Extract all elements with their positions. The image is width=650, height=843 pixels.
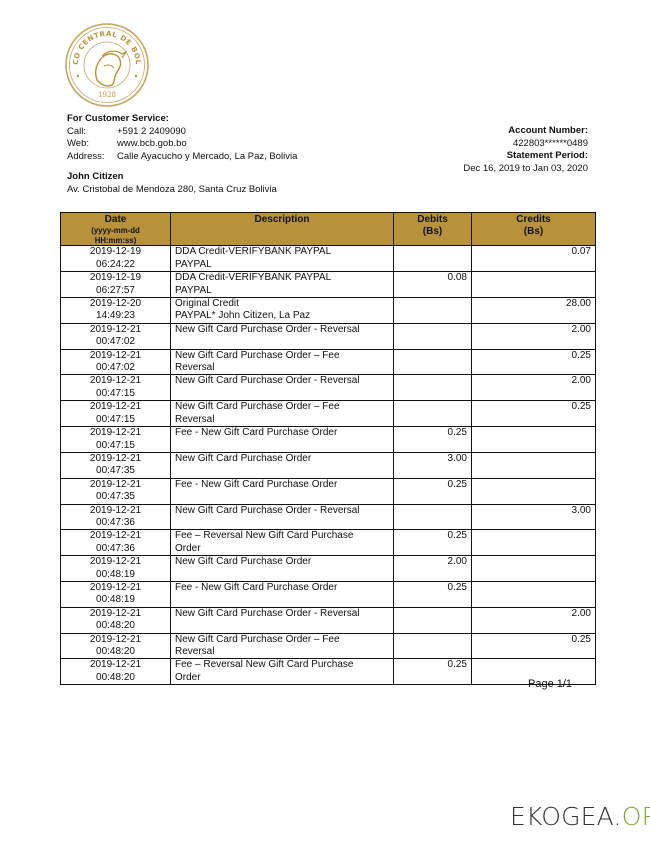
- cell-date-time: 00:47:35: [96, 491, 135, 502]
- customer-service-title: For Customer Service:: [67, 113, 297, 126]
- cell-credit: 0.25: [472, 349, 596, 375]
- cell-date-date: 2019-12-21: [90, 608, 141, 619]
- cell-date-time: 00:47:36: [96, 517, 135, 528]
- table-row: 2019-12-2100:48:20New Gift Card Purchase…: [61, 633, 596, 659]
- header-credits-unit: (Bs): [524, 226, 543, 237]
- cell-description-desc2: Order: [175, 672, 201, 683]
- cell-date: 2019-12-2100:47:15: [61, 427, 171, 453]
- customer-service-address: Address: Calle Ayacucho y Mercado, La Pa…: [67, 151, 297, 164]
- cell-debit-debit: 0.25: [448, 582, 467, 593]
- header-debits-unit: (Bs): [423, 226, 442, 237]
- cell-description-desc1: DDA Credit-VERIFYBANK PAYPAL: [175, 246, 331, 257]
- cell-date-date: 2019-12-21: [90, 479, 141, 490]
- web-label: Web:: [67, 138, 117, 151]
- cell-date-date: 2019-12-21: [90, 530, 141, 541]
- cell-date-time: 00:48:20: [96, 620, 135, 631]
- cell-date: 2019-12-2100:47:02: [61, 349, 171, 375]
- cell-debit: [394, 323, 472, 349]
- header-credits-label: Credits: [516, 214, 550, 225]
- table-row: 2019-12-2100:47:15New Gift Card Purchase…: [61, 401, 596, 427]
- cell-credit-credit: 0.25: [572, 401, 591, 412]
- table-row: 2019-12-2100:47:36Fee – Reversal New Gif…: [61, 530, 596, 556]
- cell-date-time: 00:47:15: [96, 414, 135, 425]
- cell-date-time: 06:24:22: [96, 259, 135, 270]
- customer-service-block: For Customer Service: Call: +591 2 24090…: [67, 113, 297, 163]
- cell-debit: 0.08: [394, 272, 472, 298]
- table-row: 2019-12-2100:47:02New Gift Card Purchase…: [61, 323, 596, 349]
- cell-debit: [394, 375, 472, 401]
- cell-date-date: 2019-12-19: [90, 272, 141, 283]
- cell-description: New Gift Card Purchase Order – FeeRevers…: [171, 349, 394, 375]
- cell-date-date: 2019-12-20: [90, 298, 141, 309]
- table-row: 2019-12-2100:47:36New Gift Card Purchase…: [61, 504, 596, 530]
- cell-date: 2019-12-1906:27:57: [61, 272, 171, 298]
- cell-credit: 3.00: [472, 504, 596, 530]
- cell-credit: [472, 556, 596, 582]
- cell-description: Fee – Reversal New Gift Card PurchaseOrd…: [171, 530, 394, 556]
- cell-date-date: 2019-12-21: [90, 375, 141, 386]
- cell-description: DDA Credit-VERIFYBANK PAYPALPAYPAL: [171, 272, 394, 298]
- cell-date-date: 2019-12-21: [90, 659, 141, 670]
- cell-debit-debit: 0.08: [448, 272, 467, 283]
- table-row: 2019-12-2014:49:23Original CreditPAYPAL*…: [61, 298, 596, 324]
- cell-date: 2019-12-2100:48:20: [61, 607, 171, 633]
- cell-date-time: 00:47:02: [96, 362, 135, 373]
- cell-date-time: 00:47:35: [96, 465, 135, 476]
- cell-credit: 2.00: [472, 375, 596, 401]
- cell-description-desc1: Fee – Reversal New Gift Card Purchase: [175, 530, 353, 541]
- cell-credit: [472, 530, 596, 556]
- cell-date-time: 00:47:15: [96, 440, 135, 451]
- cell-credit: 0.25: [472, 633, 596, 659]
- cell-credit: 28.00: [472, 298, 596, 324]
- cell-description-desc2: PAYPAL: [175, 259, 212, 270]
- cell-date: 2019-12-2100:47:15: [61, 401, 171, 427]
- cell-description: New Gift Card Purchase Order: [171, 556, 394, 582]
- cell-description-desc2: Order: [175, 543, 201, 554]
- cell-date: 2019-12-2100:48:19: [61, 581, 171, 607]
- cell-credit-credit: 2.00: [572, 608, 591, 619]
- cell-date-time: 00:48:19: [96, 594, 135, 605]
- account-number: 422803******0489: [463, 138, 588, 151]
- cell-description: New Gift Card Purchase Order - Reversal: [171, 323, 394, 349]
- bank-logo-seal: BANCO CENTRAL DE BOLIVIA 1928: [64, 22, 150, 108]
- table-row: 2019-12-2100:47:15New Gift Card Purchase…: [61, 375, 596, 401]
- cell-date: 2019-12-2100:47:36: [61, 530, 171, 556]
- table-row: 2019-12-2100:47:15Fee - New Gift Card Pu…: [61, 427, 596, 453]
- cell-date: 2019-12-2100:48:20: [61, 659, 171, 685]
- header-debits: Debits (Bs): [394, 213, 472, 246]
- cell-date-date: 2019-12-21: [90, 634, 141, 645]
- cell-debit-debit: 0.25: [448, 427, 467, 438]
- cell-date-time: 00:48:19: [96, 569, 135, 580]
- cell-description-desc1: New Gift Card Purchase Order - Reversal: [175, 505, 360, 516]
- cell-description-desc2: PAYPAL: [175, 285, 212, 296]
- cell-description-desc1: New Gift Card Purchase Order - Reversal: [175, 324, 360, 335]
- cell-debit: 0.25: [394, 427, 472, 453]
- customer-service-call: Call: +591 2 2409090: [67, 126, 297, 139]
- cell-description: Fee - New Gift Card Purchase Order: [171, 427, 394, 453]
- cell-debit: [394, 401, 472, 427]
- cell-date-date: 2019-12-21: [90, 505, 141, 516]
- cell-date-time: 00:48:20: [96, 672, 135, 683]
- cell-credit: [472, 478, 596, 504]
- cell-date-time: 00:47:02: [96, 336, 135, 347]
- cell-debit: [394, 298, 472, 324]
- cell-date: 2019-12-2100:48:19: [61, 556, 171, 582]
- cell-date-date: 2019-12-19: [90, 246, 141, 257]
- cell-date: 2019-12-2014:49:23: [61, 298, 171, 324]
- cell-credit: [472, 452, 596, 478]
- cell-date-date: 2019-12-21: [90, 453, 141, 464]
- cell-description: New Gift Card Purchase Order - Reversal: [171, 375, 394, 401]
- cell-debit-debit: 0.25: [448, 659, 467, 670]
- cell-debit: 0.25: [394, 659, 472, 685]
- customer-service-web: Web: www.bcb.gob.bo: [67, 138, 297, 151]
- account-number-label: Account Number:: [463, 125, 588, 138]
- page-number: Page 1/1: [528, 678, 572, 690]
- cell-date-time: 06:27:57: [96, 285, 135, 296]
- cell-credit-credit: 0.25: [572, 634, 591, 645]
- cell-description-desc1: New Gift Card Purchase Order: [175, 453, 311, 464]
- cell-description: New Gift Card Purchase Order: [171, 452, 394, 478]
- cell-credit: 0.07: [472, 246, 596, 272]
- address-value: Calle Ayacucho y Mercado, La Paz, Bolivi…: [117, 151, 297, 164]
- cell-date: 2019-12-2100:48:20: [61, 633, 171, 659]
- cell-debit: 3.00: [394, 452, 472, 478]
- cell-credit: 2.00: [472, 323, 596, 349]
- cell-debit: [394, 504, 472, 530]
- table-row: 2019-12-2100:48:19New Gift Card Purchase…: [61, 556, 596, 582]
- customer-name: John Citizen: [67, 171, 277, 184]
- cell-date: 2019-12-2100:47:35: [61, 452, 171, 478]
- cell-date: 2019-12-1906:24:22: [61, 246, 171, 272]
- call-value: +591 2 2409090: [117, 126, 186, 139]
- customer-address: Av. Cristobal de Mendoza 280, Santa Cruz…: [67, 184, 277, 197]
- cell-date-date: 2019-12-21: [90, 427, 141, 438]
- cell-description-desc1: New Gift Card Purchase Order – Fee: [175, 634, 340, 645]
- bank-seal-icon: BANCO CENTRAL DE BOLIVIA 1928: [64, 22, 150, 108]
- cell-description: New Gift Card Purchase Order – FeeRevers…: [171, 401, 394, 427]
- cell-description: Fee - New Gift Card Purchase Order: [171, 581, 394, 607]
- table-row: 2019-12-1906:24:22DDA Credit-VERIFYBANK …: [61, 246, 596, 272]
- transactions-table: Date (yyyy-mm-dd HH:mm:ss) Description D…: [60, 212, 596, 685]
- cell-credit: [472, 581, 596, 607]
- table-row: 2019-12-2100:47:35Fee - New Gift Card Pu…: [61, 478, 596, 504]
- header-description: Description: [171, 213, 394, 246]
- cell-date: 2019-12-2100:47:35: [61, 478, 171, 504]
- cell-description: Original CreditPAYPAL* John Citizen, La …: [171, 298, 394, 324]
- watermark-domain: EKOGEA.: [510, 802, 622, 831]
- cell-credit: 2.00: [472, 607, 596, 633]
- cell-credit-credit: 28.00: [566, 298, 591, 309]
- table-row: 2019-12-2100:47:02New Gift Card Purchase…: [61, 349, 596, 375]
- svg-text:1928: 1928: [98, 91, 116, 99]
- cell-date-date: 2019-12-21: [90, 324, 141, 335]
- watermark: EKOGEA.ORG: [510, 802, 650, 831]
- cell-description-desc1: Fee - New Gift Card Purchase Order: [175, 427, 337, 438]
- cell-description-desc1: New Gift Card Purchase Order - Reversal: [175, 375, 360, 386]
- cell-debit: [394, 246, 472, 272]
- table-row: 2019-12-2100:47:35New Gift Card Purchase…: [61, 452, 596, 478]
- cell-date-date: 2019-12-21: [90, 582, 141, 593]
- cell-date-time: 00:47:15: [96, 388, 135, 399]
- table-row: 2019-12-1906:27:57DDA Credit-VERIFYBANK …: [61, 272, 596, 298]
- cell-date-date: 2019-12-21: [90, 556, 141, 567]
- account-info: Account Number: 422803******0489 Stateme…: [463, 125, 588, 175]
- cell-credit-credit: 3.00: [572, 505, 591, 516]
- cell-date: 2019-12-2100:47:15: [61, 375, 171, 401]
- cell-date-time: 14:49:23: [96, 310, 135, 321]
- cell-credit-credit: 2.00: [572, 324, 591, 335]
- cell-date: 2019-12-2100:47:02: [61, 323, 171, 349]
- cell-debit-debit: 0.25: [448, 530, 467, 541]
- cell-debit-debit: 0.25: [448, 479, 467, 490]
- cell-description-desc2: Reversal: [175, 362, 214, 373]
- customer-block: John Citizen Av. Cristobal de Mendoza 28…: [67, 171, 277, 196]
- watermark-tld: ORG: [622, 802, 650, 831]
- header-date-label: Date: [105, 214, 127, 225]
- cell-date-time: 00:48:20: [96, 646, 135, 657]
- header-date: Date (yyyy-mm-dd HH:mm:ss): [61, 213, 171, 246]
- cell-credit-credit: 0.07: [572, 246, 591, 257]
- cell-description-desc1: Fee - New Gift Card Purchase Order: [175, 582, 337, 593]
- cell-credit: 0.25: [472, 401, 596, 427]
- cell-description: Fee – Reversal New Gift Card PurchaseOrd…: [171, 659, 394, 685]
- cell-description-desc2: PAYPAL* John Citizen, La Paz: [175, 310, 310, 321]
- statement-period-label: Statement Period:: [463, 150, 588, 163]
- cell-description: New Gift Card Purchase Order - Reversal: [171, 607, 394, 633]
- cell-debit: [394, 349, 472, 375]
- cell-description-desc2: Reversal: [175, 414, 214, 425]
- cell-description: DDA Credit-VERIFYBANK PAYPALPAYPAL: [171, 246, 394, 272]
- cell-date-time: 00:47:36: [96, 543, 135, 554]
- cell-description-desc1: New Gift Card Purchase Order: [175, 556, 311, 567]
- cell-description: Fee - New Gift Card Purchase Order: [171, 478, 394, 504]
- header-debits-label: Debits: [417, 214, 448, 225]
- cell-debit: 2.00: [394, 556, 472, 582]
- cell-debit-debit: 3.00: [448, 453, 467, 464]
- cell-description-desc2: Reversal: [175, 646, 214, 657]
- cell-debit: [394, 607, 472, 633]
- address-label: Address:: [67, 151, 117, 164]
- cell-description-desc1: Fee – Reversal New Gift Card Purchase: [175, 659, 353, 670]
- cell-date-date: 2019-12-21: [90, 401, 141, 412]
- cell-debit: 0.25: [394, 478, 472, 504]
- call-label: Call:: [67, 126, 117, 139]
- header-date-format-1: (yyyy-mm-dd: [65, 226, 166, 236]
- table-row: 2019-12-2100:48:19Fee - New Gift Card Pu…: [61, 581, 596, 607]
- header-date-format-2: HH:mm:ss): [65, 236, 166, 246]
- cell-debit-debit: 2.00: [448, 556, 467, 567]
- cell-credit-credit: 0.25: [572, 350, 591, 361]
- table-row: 2019-12-2100:48:20Fee – Reversal New Gif…: [61, 659, 596, 685]
- cell-description: New Gift Card Purchase Order - Reversal: [171, 504, 394, 530]
- table-header-row: Date (yyyy-mm-dd HH:mm:ss) Description D…: [61, 213, 596, 246]
- cell-description-desc1: New Gift Card Purchase Order – Fee: [175, 401, 340, 412]
- cell-debit: 0.25: [394, 581, 472, 607]
- cell-credit: [472, 272, 596, 298]
- cell-description-desc1: Fee - New Gift Card Purchase Order: [175, 479, 337, 490]
- statement-period: Dec 16, 2019 to Jan 03, 2020: [463, 163, 588, 176]
- cell-debit: 0.25: [394, 530, 472, 556]
- cell-description-desc1: Original Credit: [175, 298, 239, 309]
- cell-credit-credit: 2.00: [572, 375, 591, 386]
- cell-date-date: 2019-12-21: [90, 350, 141, 361]
- cell-description-desc1: DDA Credit-VERIFYBANK PAYPAL: [175, 272, 331, 283]
- cell-description: New Gift Card Purchase Order – FeeRevers…: [171, 633, 394, 659]
- cell-description-desc1: New Gift Card Purchase Order - Reversal: [175, 608, 360, 619]
- cell-debit: [394, 633, 472, 659]
- cell-credit: [472, 427, 596, 453]
- header-credits: Credits (Bs): [472, 213, 596, 246]
- cell-date: 2019-12-2100:47:36: [61, 504, 171, 530]
- table-row: 2019-12-2100:48:20New Gift Card Purchase…: [61, 607, 596, 633]
- web-value: www.bcb.gob.bo: [117, 138, 187, 151]
- cell-description-desc1: New Gift Card Purchase Order – Fee: [175, 350, 340, 361]
